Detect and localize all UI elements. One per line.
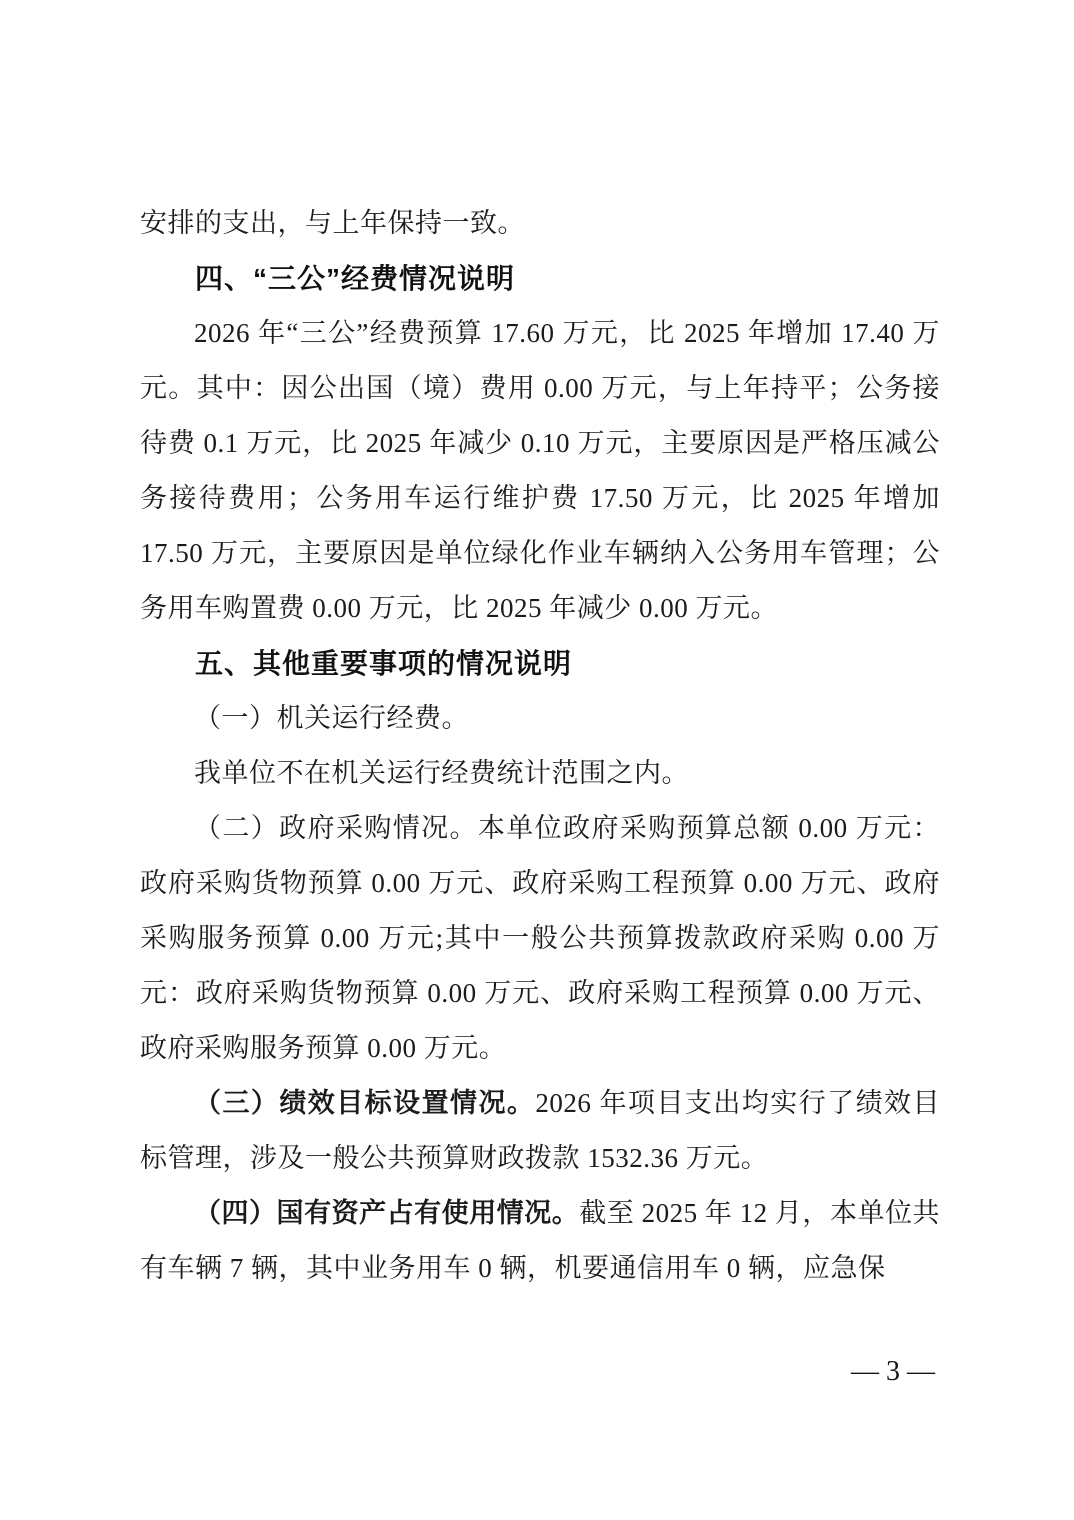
paragraph-item2-gov-procurement: （二）政府采购情况。本单位政府采购预算总额 0.00 万元：政府采购货物预算 0… (140, 801, 940, 1076)
document-body: 安排的支出，与上年保持一致。 四、“三公”经费情况说明 2026 年“三公”经费… (140, 196, 940, 1296)
section-heading-three-public-funds: 四、“三公”经费情况说明 (140, 251, 940, 306)
paragraph-three-public-budget: 2026 年“三公”经费预算 17.60 万元，比 2025 年增加 17.40… (140, 306, 940, 636)
paragraph-item4-lead: （四）国有资产占有使用情况。 (194, 1198, 579, 1228)
paragraph-item1-agency-operating-title: （一）机关运行经费。 (140, 691, 940, 746)
section-heading-other-important-items: 五、其他重要事项的情况说明 (140, 636, 940, 691)
page-footer: — 3 — (851, 1352, 935, 1392)
paragraph-item3-lead: （三）绩效目标设置情况。 (194, 1088, 535, 1118)
paragraph-continuation: 安排的支出，与上年保持一致。 (140, 196, 940, 251)
paragraph-item1-agency-operating-body: 我单位不在机关运行经费统计范围之内。 (140, 746, 940, 801)
paragraph-item3-performance-targets: （三）绩效目标设置情况。2026 年项目支出均实行了绩效目标管理，涉及一般公共预… (140, 1076, 940, 1186)
paragraph-item4-state-assets: （四）国有资产占有使用情况。截至 2025 年 12 月，本单位共有车辆 7 辆… (140, 1186, 940, 1296)
page-number: — 3 — (851, 1356, 935, 1387)
document-page: 安排的支出，与上年保持一致。 四、“三公”经费情况说明 2026 年“三公”经费… (0, 0, 1074, 1520)
